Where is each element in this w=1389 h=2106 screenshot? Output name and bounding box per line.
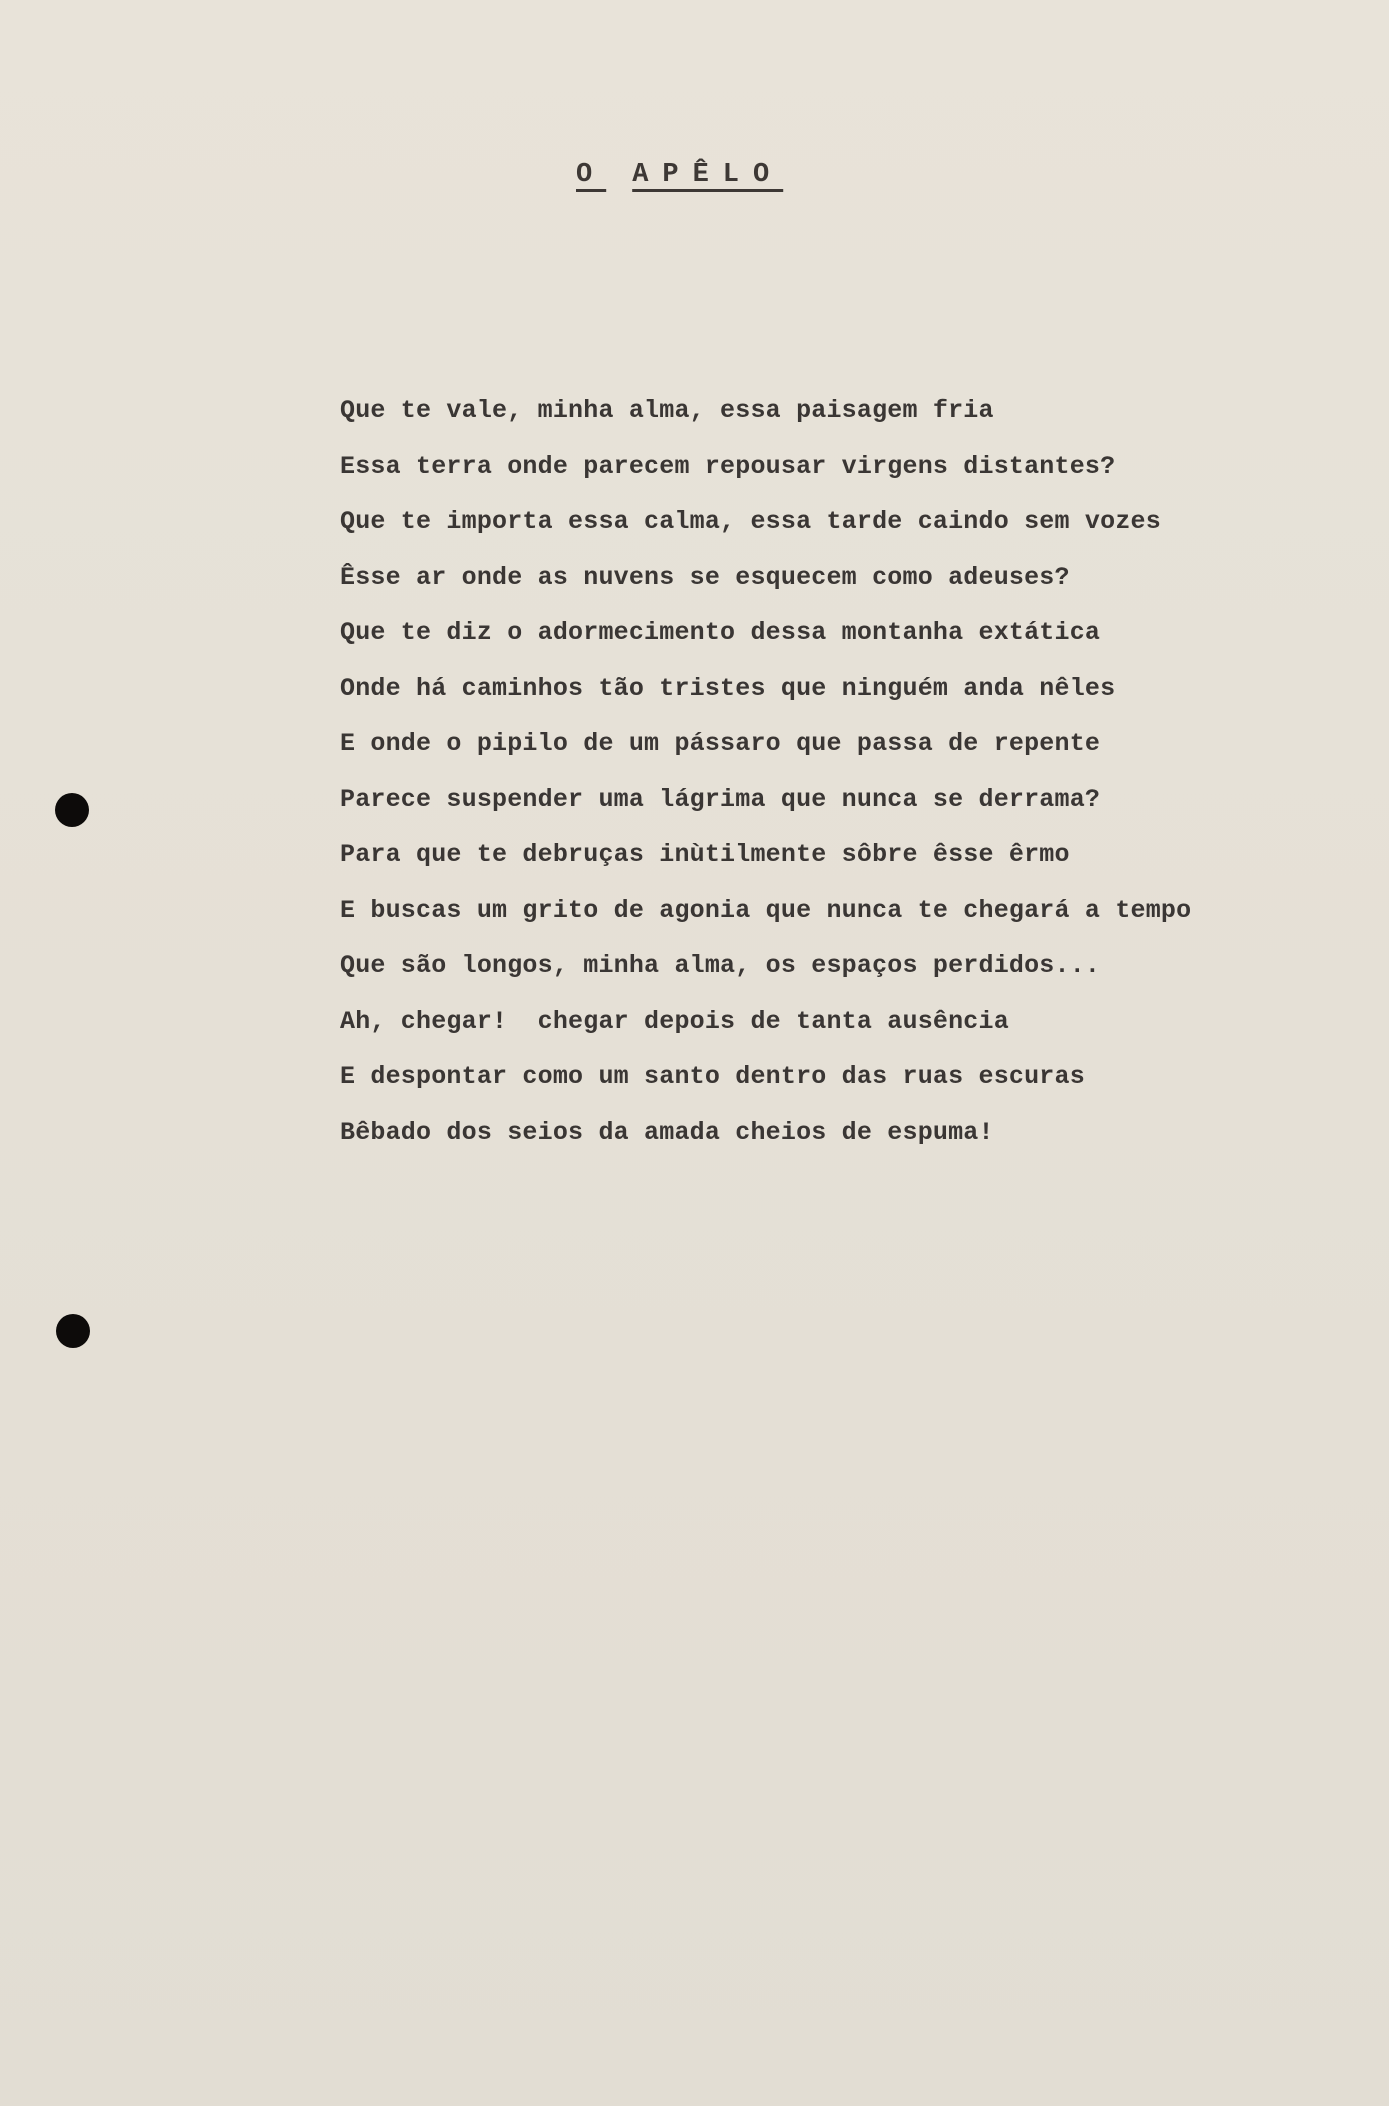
verse-line: Que te importa essa calma, essa tarde ca…: [340, 494, 1191, 550]
verse-line: Para que te debruças inùtilmente sôbre ê…: [340, 827, 1191, 883]
poem-body: Que te vale, minha alma, essa paisagem f…: [340, 383, 1191, 1160]
title-word-article: O: [576, 160, 606, 190]
title-word-main: APÊLO: [632, 160, 783, 190]
punch-hole-lower: [56, 1314, 90, 1348]
verse-line: E onde o pipilo de um pássaro que passa …: [340, 716, 1191, 772]
verse-line: Ah, chegar! chegar depois de tanta ausên…: [340, 994, 1191, 1050]
verse-line: Onde há caminhos tão tristes que ninguém…: [340, 661, 1191, 717]
poem-title: OAPÊLO: [576, 160, 783, 190]
verse-line: Que te diz o adormecimento dessa montanh…: [340, 605, 1191, 661]
verse-line: Bêbado dos seios da amada cheios de espu…: [340, 1105, 1191, 1161]
typewritten-page: OAPÊLO Que te vale, minha alma, essa pai…: [0, 0, 1389, 2106]
verse-line: Essa terra onde parecem repousar virgens…: [340, 439, 1191, 495]
verse-line: E despontar como um santo dentro das rua…: [340, 1049, 1191, 1105]
punch-hole-upper: [55, 793, 89, 827]
verse-line: Êsse ar onde as nuvens se esquecem como …: [340, 550, 1191, 606]
verse-line: Parece suspender uma lágrima que nunca s…: [340, 772, 1191, 828]
verse-line: Que te vale, minha alma, essa paisagem f…: [340, 383, 1191, 439]
verse-line: Que são longos, minha alma, os espaços p…: [340, 938, 1191, 994]
verse-line: E buscas um grito de agonia que nunca te…: [340, 883, 1191, 939]
